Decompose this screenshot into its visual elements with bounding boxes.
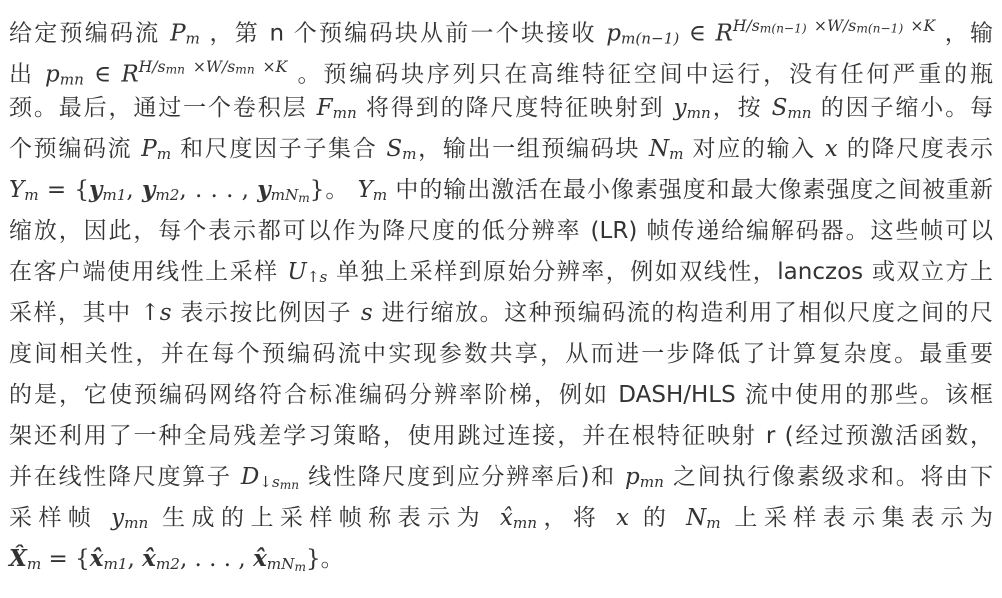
math-italic-run: S <box>386 136 402 162</box>
math-bold-run: y <box>89 176 102 203</box>
math-bold-run: y <box>142 176 155 203</box>
text-run: 的降尺度表示 <box>838 136 993 162</box>
math-roman-run: , . . . , <box>179 177 257 203</box>
text-run: 表示按比例因子 <box>172 300 361 326</box>
text-line-10: 的是，它使预编码网络符合标准编码分辨率阶梯，例如 DASH/HLS 流中使用的那… <box>9 374 993 415</box>
math-subscript: mn <box>687 104 711 122</box>
math-bold-run: x̂ <box>142 545 156 572</box>
math-subscript: mNm <box>271 186 310 204</box>
math-italic-run: P <box>170 20 185 46</box>
math-subscript: m <box>294 560 306 574</box>
text-run: ，第 n 个预编码块从前一个块接收 <box>200 20 606 46</box>
paper-page: 给定预编码流 Pm ，第 n 个预编码块从前一个块接收 pm(n−1) ∈ RH… <box>0 0 1002 598</box>
math-roman-run: = { <box>41 546 90 572</box>
math-italic-run: mN <box>271 186 299 204</box>
math-italic-run: N <box>686 505 706 531</box>
math-italic-run: ↑s <box>140 300 171 326</box>
math-italic-run: s <box>361 300 373 326</box>
math-italic-run: mN <box>267 555 295 573</box>
math-subscript: m <box>706 514 720 532</box>
math-roman-run: } <box>306 546 321 572</box>
math-italic-run: y <box>674 95 687 121</box>
math-subscript: mn <box>235 63 254 77</box>
math-italic-run: N <box>649 136 669 162</box>
math-subscript: m(n−1) <box>621 29 679 47</box>
text-run: ，输出一组预编码块 <box>417 136 650 162</box>
text-line-4: 个预编码流 Pm 和尺度因子子集合 Sm，输出一组预编码块 Nm 对应的输入 x… <box>9 128 993 169</box>
text-run: 架还利用了一种全局残差学习策略，使用跳过连接，并在根特征映射 r (经过预激活函… <box>9 423 993 449</box>
math-subscript: m1 <box>104 555 128 573</box>
text-run: 的 <box>629 505 686 531</box>
text-run: 上采样表示集表示为 <box>721 505 993 531</box>
text-run: 进行缩放。这种预编码流的构造利用了相似尺度之间的尺 <box>373 300 993 326</box>
math-subscript: m <box>27 555 41 573</box>
math-roman-run: = { <box>39 177 89 203</box>
text-line-14: X̂m = {x̂m1, x̂m2, . . . , x̂mNm}。 <box>9 538 993 579</box>
math-subscript: mn <box>280 478 299 492</box>
math-subscript: m2 <box>156 555 180 573</box>
text-run: 将得到的降尺度特征映射到 <box>357 95 674 121</box>
math-subscript: mn <box>333 104 357 122</box>
text-run: 度间相关性，并在每个预编码流中实现参数共享，从而进一步降低了计算复杂度。最重要 <box>9 341 993 367</box>
text-run: 颈。最后，通过一个卷积层 <box>9 95 317 121</box>
math-subscript: m <box>373 186 387 204</box>
text-line-3: 颈。最后，通过一个卷积层 Fmn 将得到的降尺度特征映射到 ymn，按 Smn … <box>9 87 993 128</box>
math-bold-run: y <box>257 176 270 203</box>
math-italic-run: x <box>825 136 838 162</box>
text-run: 个预编码流 <box>9 136 141 162</box>
math-italic-run: H/s <box>733 16 760 35</box>
math-subscript: mn <box>124 514 148 532</box>
math-italic-run: D <box>241 464 259 490</box>
math-subscript: m(n−1) <box>856 22 903 36</box>
math-bold-run: x̂ <box>253 545 267 572</box>
text-line-8: 采样，其中 ↑s 表示按比例因子 s 进行缩放。这种预编码流的构造利用了相似尺度… <box>9 292 993 333</box>
math-subscript: m <box>669 145 683 163</box>
math-subscript: m <box>157 145 171 163</box>
text-run: 。 <box>321 546 344 572</box>
math-roman-run: } <box>310 177 325 203</box>
math-italic-run: x̂ <box>500 505 513 531</box>
text-line-2: 出 pmn ∈ RH/smn ×W/smn ×K 。预编码块序列只在高维特征空间… <box>9 46 993 87</box>
text-line-5: Ym = {ym1, ym2, . . . , ymNm}。 Ym 中的输出激活… <box>9 169 993 210</box>
text-run: 采样，其中 <box>9 300 140 326</box>
text-line-6: 缩放，因此，每个表示都可以作为降尺度的低分辨率 (LR) 帧传递给编解码器。这些… <box>9 210 993 251</box>
math-roman-run: ∈ <box>679 20 715 46</box>
text-run: 并在线性降尺度算子 <box>9 464 241 490</box>
math-subscript: m <box>24 186 38 204</box>
math-italic-run: x <box>616 505 629 531</box>
math-italic-run: R <box>716 20 733 46</box>
math-subscript: mn <box>166 63 185 77</box>
text-run: ，输 <box>935 20 993 46</box>
math-roman-run: , <box>126 177 142 203</box>
math-italic-run: ×W/s <box>807 16 857 35</box>
math-italic-run: F <box>317 95 333 121</box>
math-italic-run: Y <box>9 177 24 203</box>
text-run: 的因子缩小。每 <box>812 95 993 121</box>
text-run: 出 <box>9 61 45 87</box>
math-italic-run: U <box>287 259 306 285</box>
math-superscript: H/smn ×W/smn ×K <box>139 57 288 76</box>
text-run: ，按 <box>711 95 772 121</box>
math-italic-run: y <box>111 505 124 531</box>
math-italic-run: Y <box>358 177 373 203</box>
math-italic-run: p <box>625 464 640 490</box>
math-subscript: ↓smn <box>259 473 299 491</box>
math-italic-run: ×K <box>903 16 935 35</box>
math-roman-run: , . . . , <box>180 546 253 572</box>
text-run: 。 <box>324 177 357 203</box>
text-line-7: 在客户端使用线性上采样 U↑s 单独上采样到原始分辨率，例如双线性，lanczo… <box>9 251 993 292</box>
math-italic-run: p <box>606 20 621 46</box>
math-italic-run: P <box>141 136 156 162</box>
math-italic-run: R <box>121 61 138 87</box>
text-line-12: 并在线性降尺度算子 D↓smn 线性降尺度到应分辨率后)和 pmn 之间执行像素… <box>9 456 993 497</box>
math-italic-run: H/s <box>139 57 166 76</box>
text-run: 单独上采样到原始分辨率，例如双线性，lanczos 或双立方上 <box>327 259 993 285</box>
text-run: 生成的上采样帧称表示为 <box>148 505 500 531</box>
text-run: 在客户端使用线性上采样 <box>9 259 287 285</box>
text-run: 采样帧 <box>9 505 111 531</box>
text-run: 中的输出激活在最小像素强度和最大像素强度之间被重新 <box>387 177 993 203</box>
math-italic-run: ↓s <box>259 473 280 491</box>
text-run: 缩放，因此，每个表示都可以作为降尺度的低分辨率 (LR) 帧传递给编解码器。这些… <box>9 218 993 244</box>
math-bold-run: x̂ <box>90 545 104 572</box>
math-bold-run: X̂ <box>9 545 27 572</box>
math-subscript: mn <box>787 104 811 122</box>
math-subscript: m1 <box>102 186 126 204</box>
math-italic-run: p <box>45 61 60 87</box>
math-subscript: mn <box>60 70 84 88</box>
math-superscript: H/sm(n−1) ×W/sm(n−1) ×K <box>733 16 935 35</box>
math-subscript: mn <box>513 514 537 532</box>
math-subscript: m <box>298 191 310 205</box>
text-line-9: 度间相关性，并在每个预编码流中实现参数共享，从而进一步降低了计算复杂度。最重要 <box>9 333 993 374</box>
text-run: 对应的输入 <box>684 136 825 162</box>
paragraph-text: 给定预编码流 Pm ，第 n 个预编码块从前一个块接收 pm(n−1) ∈ RH… <box>9 5 993 579</box>
math-italic-run: ×W/s <box>185 57 235 76</box>
text-run: ，将 <box>537 505 616 531</box>
math-roman-run: , <box>128 546 143 572</box>
math-italic-run: ×K <box>255 57 288 76</box>
text-run: 线性降尺度到应分辨率后)和 <box>299 464 625 490</box>
math-subscript: mNm <box>267 555 306 573</box>
text-run: 给定预编码流 <box>9 20 170 46</box>
text-run: 和尺度因子子集合 <box>171 136 386 162</box>
text-run: 之间执行像素级求和。将由下 <box>664 464 993 490</box>
math-subscript: mn <box>640 473 664 491</box>
math-subscript: ↑s <box>307 268 328 286</box>
math-italic-run: S <box>772 95 788 121</box>
text-run: 。预编码块序列只在高维特征空间中运行，没有任何严重的瓶 <box>287 61 993 87</box>
text-run: 的是，它使预编码网络符合标准编码分辨率阶梯，例如 DASH/HLS 流中使用的那… <box>9 382 993 408</box>
math-roman-run: ∈ <box>84 61 121 87</box>
math-subscript: m <box>402 145 416 163</box>
math-subscript: m(n−1) <box>760 22 807 36</box>
math-subscript: m <box>186 29 200 47</box>
math-subscript: m2 <box>155 186 179 204</box>
text-line-1: 给定预编码流 Pm ，第 n 个预编码块从前一个块接收 pm(n−1) ∈ RH… <box>9 5 993 46</box>
text-line-13: 采样帧 ymn 生成的上采样帧称表示为 x̂mn，将 x 的 Nm 上采样表示集… <box>9 497 993 538</box>
text-line-11: 架还利用了一种全局残差学习策略，使用跳过连接，并在根特征映射 r (经过预激活函… <box>9 415 993 456</box>
